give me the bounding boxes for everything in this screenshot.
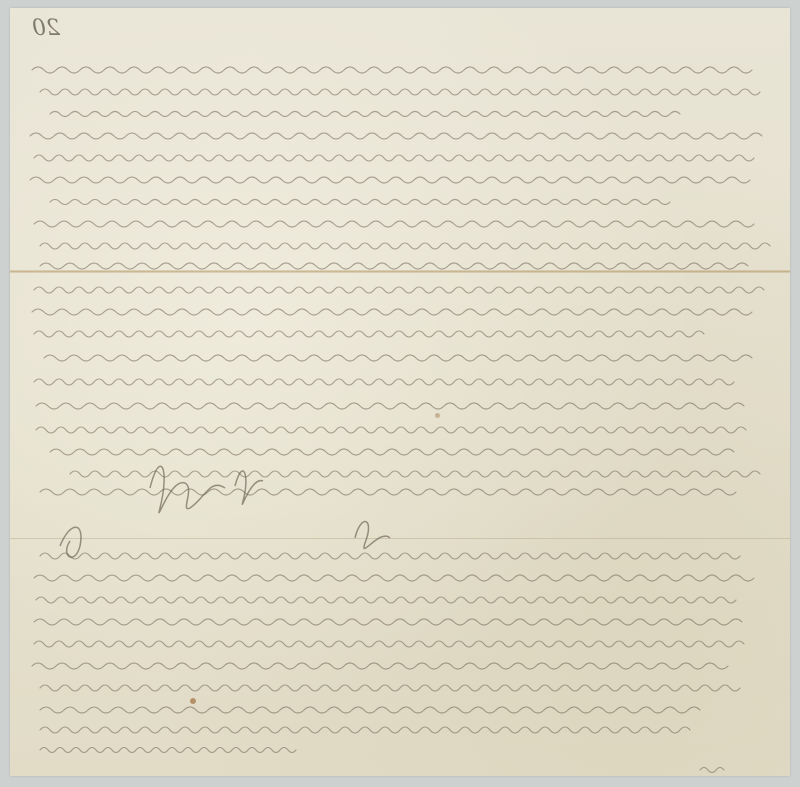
manuscript-page: 20	[10, 8, 790, 776]
ink-stain	[190, 698, 196, 704]
scan-background: 20	[0, 0, 800, 787]
handwritten-text-block	[10, 8, 790, 776]
ink-stain	[435, 413, 440, 418]
